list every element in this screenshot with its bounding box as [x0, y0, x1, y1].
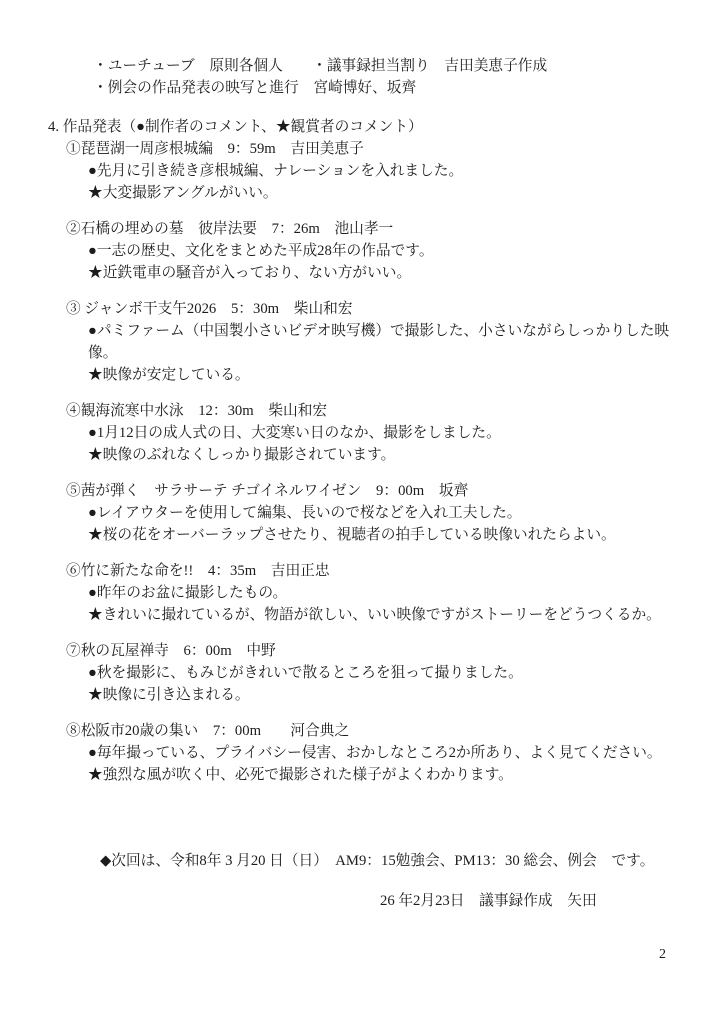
creator-comment: ●レイアウターを使用して編集、長いので桜などを入れ工夫した。	[88, 502, 696, 524]
item-title: ②石橋の埋めの墓 彼岸法要 7：26m 池山孝一	[66, 218, 696, 240]
preamble-line-1: ・ユーチューブ 原則各個人 ・議事録担当割り 吉田美恵子作成	[93, 55, 696, 77]
creator-comment: ●パミファーム（中国製小さいビデオ映写機）で撮影した、小さいながらしっかりした映…	[88, 320, 696, 364]
section-heading: 4. 作品発表（●制作者のコメント、★観賞者のコメント）	[48, 116, 696, 138]
viewer-comment: ★映像のぶれなくしっかり撮影されています。	[88, 444, 696, 466]
presentation-item: ③ ジャンボ干支午2026 5：30m 柴山和宏 ●パミファーム（中国製小さいビ…	[66, 298, 696, 386]
item-title: ⑧松阪市20歳の集い 7：00m 河合典之	[66, 720, 696, 742]
creator-comment: ●一志の歴史、文化をまとめた平成28年の作品です。	[88, 240, 696, 262]
viewer-comment: ★強烈な風が吹く中、必死で撮影された様子がよくわかります。	[88, 764, 696, 786]
presentation-item: ②石橋の埋めの墓 彼岸法要 7：26m 池山孝一 ●一志の歴史、文化をまとめた平…	[66, 218, 696, 284]
presentation-item: ①琵琶湖一周彦根城編 9：59m 吉田美恵子 ●先月に引き続き彦根城編、ナレーシ…	[66, 138, 696, 204]
page-number: 2	[659, 944, 666, 966]
viewer-comment: ★映像が安定している。	[88, 364, 696, 386]
item-title: ⑤茜が弾く サラサーテ チゴイネルワイゼン 9：00m 坂齊	[66, 480, 696, 502]
presentation-item: ⑤茜が弾く サラサーテ チゴイネルワイゼン 9：00m 坂齊 ●レイアウターを使…	[66, 480, 696, 546]
viewer-comment: ★きれいに撮れているが、物語が欲しい、いい映像ですがストーリーをどうつくるか。	[88, 604, 696, 626]
presentation-item: ⑥竹に新たな命を!! 4：35m 吉田正忠 ●昨年のお盆に撮影したもの。 ★きれ…	[66, 560, 696, 626]
item-title: ⑥竹に新たな命を!! 4：35m 吉田正忠	[66, 560, 696, 582]
viewer-comment: ★大変撮影アングルがいい。	[88, 182, 696, 204]
minutes-signature: 26 年2月23日 議事録作成 矢田	[380, 890, 696, 912]
document-page: ・ユーチューブ 原則各個人 ・議事録担当割り 吉田美恵子作成 ・例会の作品発表の…	[0, 0, 724, 1024]
creator-comment: ●先月に引き続き彦根城編、ナレーションを入れました。	[88, 160, 696, 182]
creator-comment: ●毎年撮っている、プライバシー侵害、おかしなところ2か所あり、よく見てください。	[88, 742, 696, 764]
viewer-comment: ★桜の花をオーバーラップさせたり、視聴者の拍手している映像いれたらよい。	[88, 524, 696, 546]
viewer-comment: ★映像に引き込まれる。	[88, 684, 696, 706]
presentation-item: ⑧松阪市20歳の集い 7：00m 河合典之 ●毎年撮っている、プライバシー侵害、…	[66, 720, 696, 786]
preamble: ・ユーチューブ 原則各個人 ・議事録担当割り 吉田美恵子作成 ・例会の作品発表の…	[93, 55, 696, 99]
item-title: ①琵琶湖一周彦根城編 9：59m 吉田美恵子	[66, 138, 696, 160]
presentation-items: ①琵琶湖一周彦根城編 9：59m 吉田美恵子 ●先月に引き続き彦根城編、ナレーシ…	[48, 138, 696, 786]
item-title: ③ ジャンボ干支午2026 5：30m 柴山和宏	[66, 298, 696, 320]
presentation-item: ⑦秋の瓦屋禅寺 6：00m 中野 ●秋を撮影に、もみじがきれいで散るところを狙っ…	[66, 640, 696, 706]
next-meeting-note: ◆次回は、令和8年 3 月20 日（日） AM9：15勉強会、PM13：30 総…	[100, 850, 696, 872]
creator-comment: ●1月12日の成人式の日、大変寒い日のなか、撮影をしました。	[88, 422, 696, 444]
preamble-line-2: ・例会の作品発表の映写と進行 宮崎博好、坂齊	[93, 77, 696, 99]
viewer-comment: ★近鉄電車の騒音が入っており、ない方がいい。	[88, 262, 696, 284]
creator-comment: ●秋を撮影に、もみじがきれいで散るところを狙って撮りました。	[88, 662, 696, 684]
item-title: ⑦秋の瓦屋禅寺 6：00m 中野	[66, 640, 696, 662]
item-title: ④観海流寒中水泳 12：30m 柴山和宏	[66, 400, 696, 422]
presentation-item: ④観海流寒中水泳 12：30m 柴山和宏 ●1月12日の成人式の日、大変寒い日の…	[66, 400, 696, 466]
creator-comment: ●昨年のお盆に撮影したもの。	[88, 582, 696, 604]
